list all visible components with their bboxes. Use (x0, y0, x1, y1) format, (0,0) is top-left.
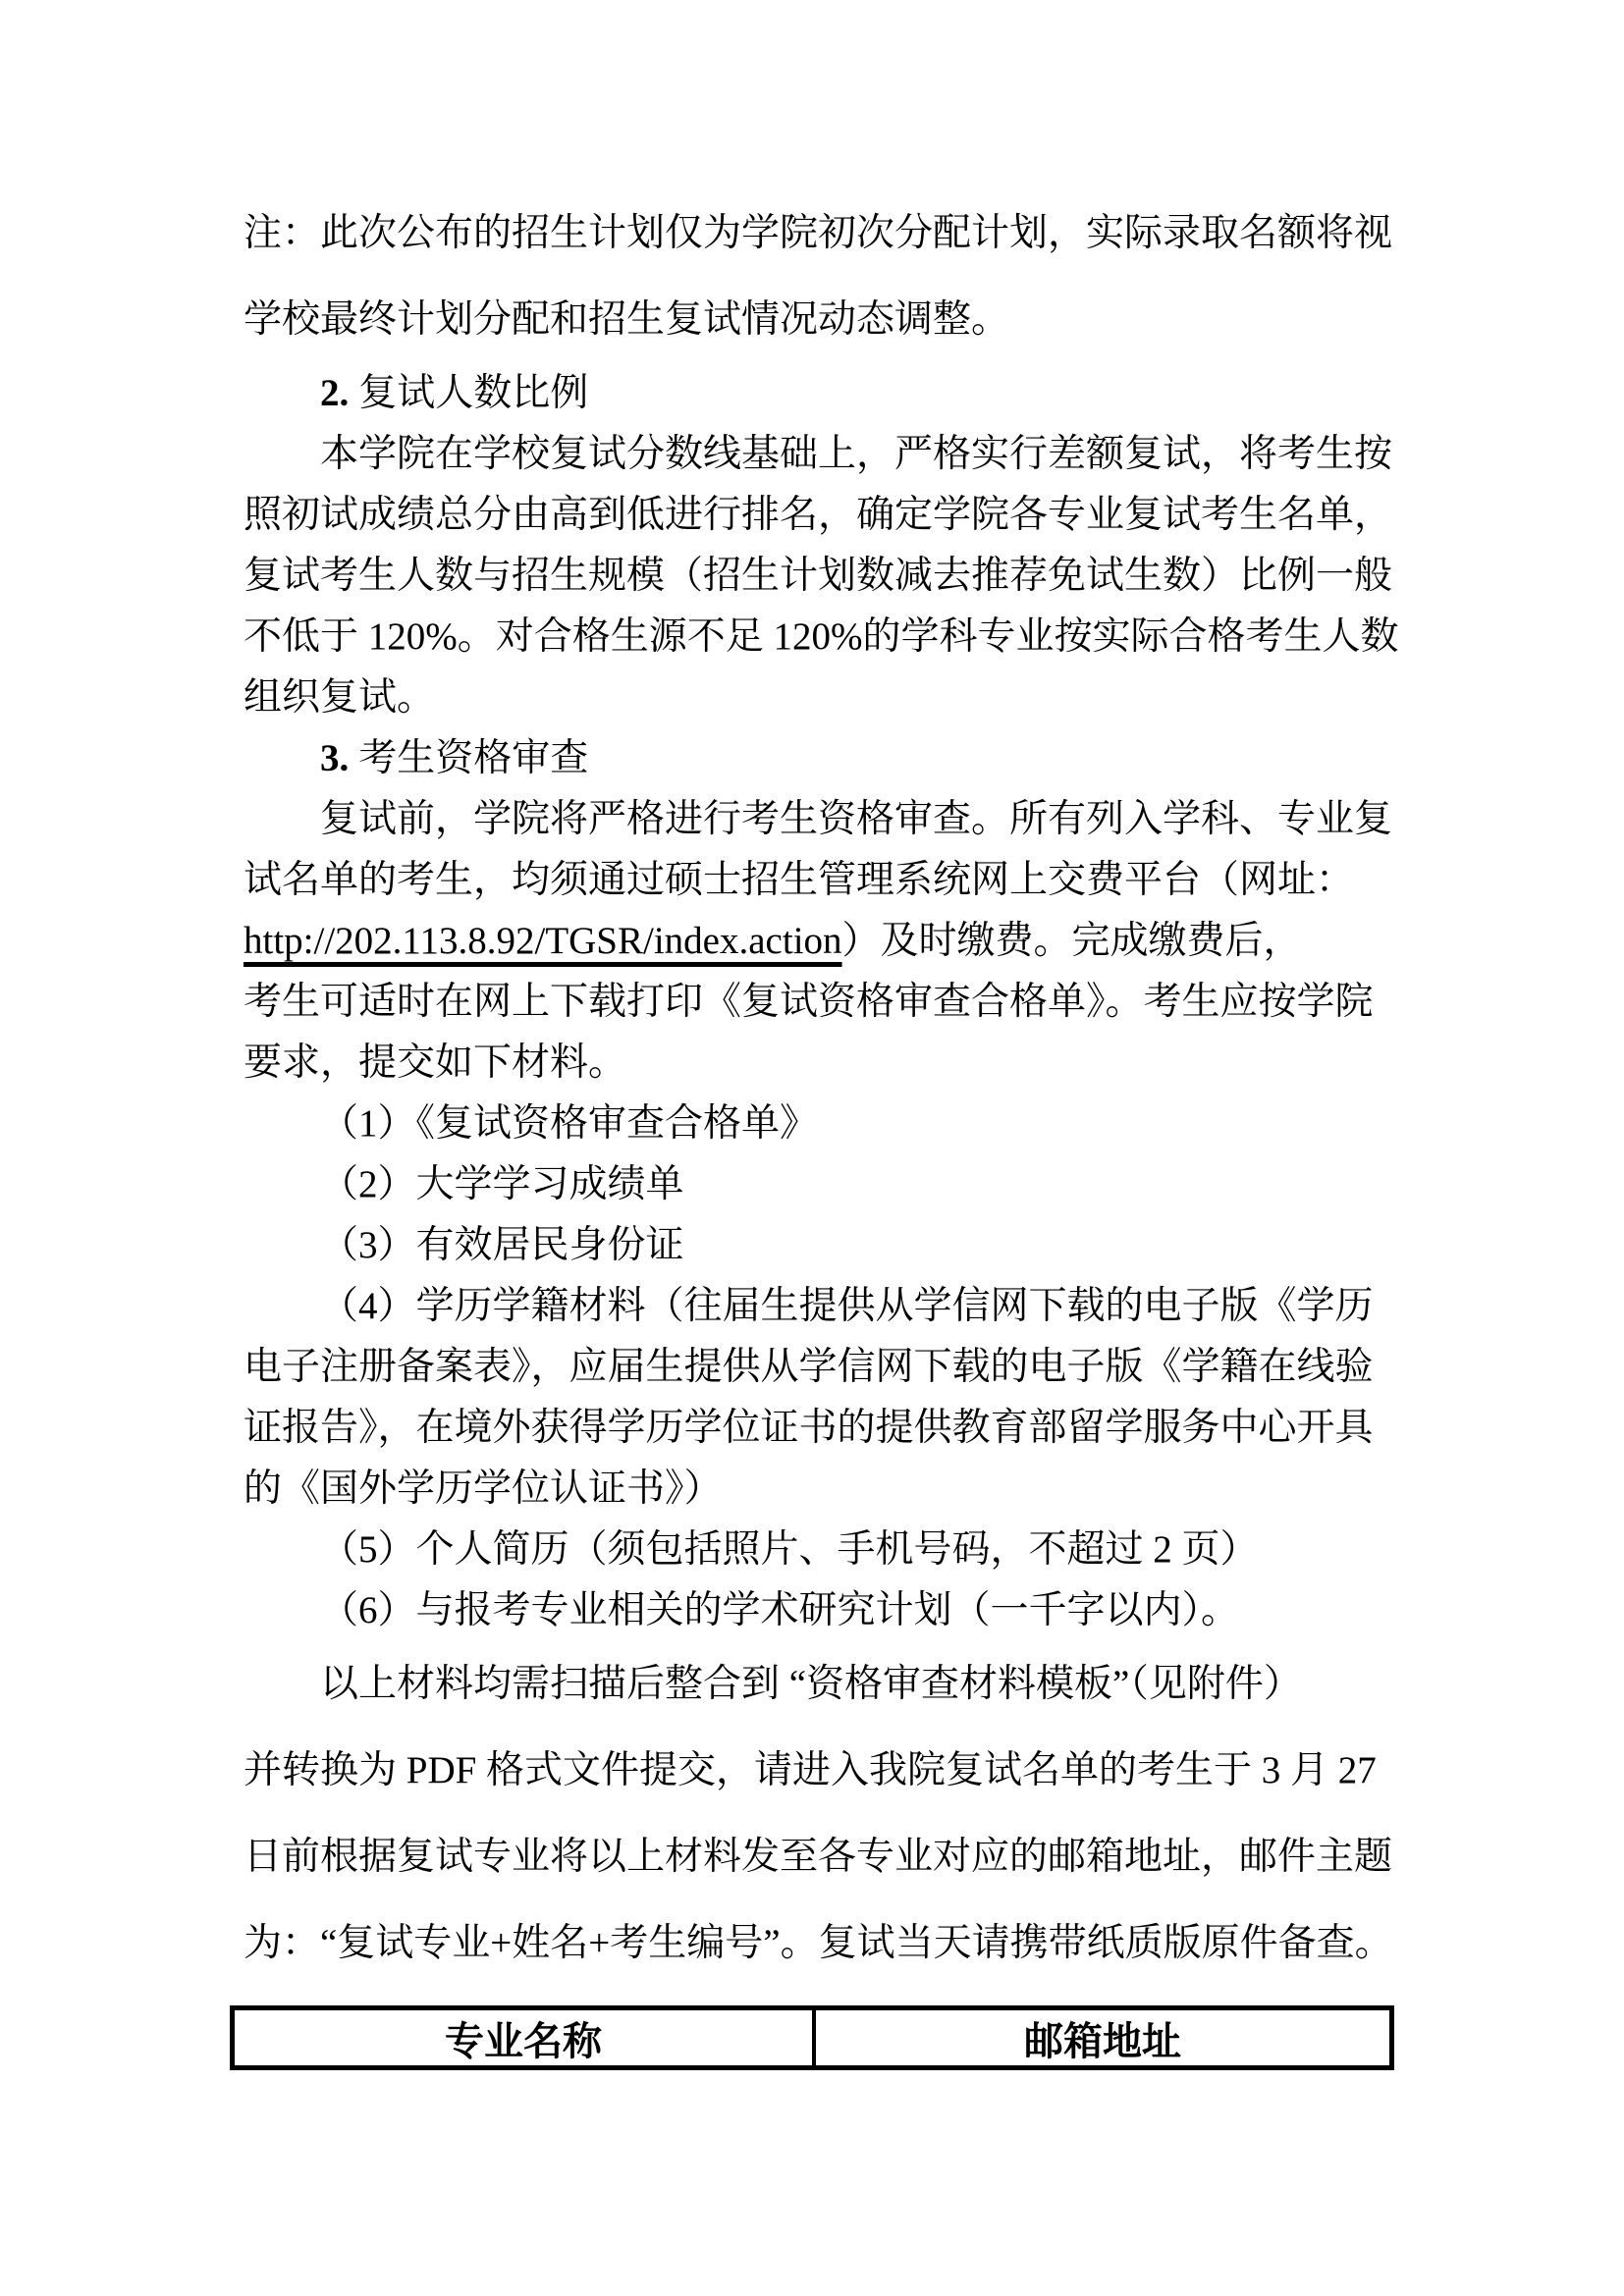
section3-heading: 3.考生资格审查 (244, 728, 1397, 789)
material-item-2: （2）大学学习成绩单 (244, 1154, 1397, 1215)
section2-body-line-3: 复试考生人数与招生规模（招生计划数减去推荐免试生数）比例一般 (244, 546, 1397, 607)
material-item-1: （1）《复试资格审查合格单》 (244, 1094, 1397, 1154)
document-page: 注：此次公布的招生计划仅为学院初次分配计划，实际录取名额将视 学校最终计划分配和… (0, 0, 1624, 2296)
section3-body-line-2: 试名单的考生，均须通过硕士招生管理系统网上交费平台（网址： (244, 850, 1397, 911)
section3-body-line-4: 要求，提交如下材料。 (244, 1033, 1397, 1094)
col-header-email-address: 邮箱地址 (812, 2010, 1389, 2065)
payment-url-link[interactable]: http://202.113.8.92/TGSR/index.action (244, 920, 842, 962)
document-body: 注：此次公布的招生计划仅为学院初次分配计划，实际录取名额将视 学校最终计划分配和… (244, 190, 1397, 1987)
note-line-1: 注：此次公布的招生计划仅为学院初次分配计划，实际录取名额将视 (244, 190, 1397, 277)
material-item-4-line-3: 证报告》，在境外获得学历学位证书的提供教育部留学服务中心开具 (244, 1398, 1397, 1459)
col-header-major-name: 专业名称 (235, 2010, 812, 2065)
section2-body-line-1: 本学院在学校复试分数线基础上，严格实行差额复试，将考生按 (244, 424, 1397, 485)
material-item-4-line-2: 电子注册备案表》，应届生提供从学信网下载的电子版《学籍在线验 (244, 1337, 1397, 1398)
section3-body-line-3: 考生可适时在网上下载打印《复试资格审查合格单》。考生应按学院 (244, 972, 1397, 1033)
section2-body-line-5: 组织复试。 (244, 667, 1397, 728)
closing-line-4: 为：“复试专业+姓名+考生编号”。复试当天请携带纸质版原件备查。 (244, 1900, 1397, 1987)
closing-line-2: 并转换为 PDF 格式文件提交，请进入我院复试名单的考生于 3 月 27 (244, 1728, 1397, 1814)
material-item-6: （6）与报考专业相关的学术研究计划（一千字以内）。 (244, 1580, 1397, 1641)
section2-number: 2. (320, 372, 358, 414)
section3-url-after-text: ）及时缴费。完成缴费后， (842, 920, 1302, 962)
section3-url-line: http://202.113.8.92/TGSR/index.action）及时… (244, 911, 1397, 972)
closing-line-1: 以上材料均需扫描后整合到 “资格审查材料模板”（见附件） (244, 1641, 1397, 1728)
section3-number: 3. (320, 737, 358, 779)
material-item-4-line-4: 的《国外学历学位认证书》） (244, 1459, 1397, 1520)
material-item-4-line-1: （4）学历学籍材料（往届生提供从学信网下载的电子版《学历 (244, 1276, 1397, 1337)
closing-line-3: 日前根据复试专业将以上材料发至各专业对应的邮箱地址，邮件主题 (244, 1814, 1397, 1900)
section3-body-line-1: 复试前，学院将严格进行考生资格审查。所有列入学科、专业复 (244, 789, 1397, 850)
section2-heading: 2.复试人数比例 (244, 363, 1397, 424)
material-item-5: （5）个人简历（须包括照片、手机号码，不超过 2 页） (244, 1520, 1397, 1580)
section3-title: 考生资格审查 (358, 737, 588, 779)
email-address-table: 专业名称 邮箱地址 (230, 2005, 1394, 2070)
material-item-3: （3）有效居民身份证 (244, 1215, 1397, 1276)
note-line-2: 学校最终计划分配和招生复试情况动态调整。 (244, 277, 1397, 363)
section2-body-line-4: 不低于 120%。对合格生源不足 120%的学科专业按实际合格考生人数 (244, 607, 1397, 667)
section2-body-line-2: 照初试成绩总分由高到低进行排名，确定学院各专业复试考生名单， (244, 485, 1397, 546)
section2-title: 复试人数比例 (358, 372, 588, 414)
